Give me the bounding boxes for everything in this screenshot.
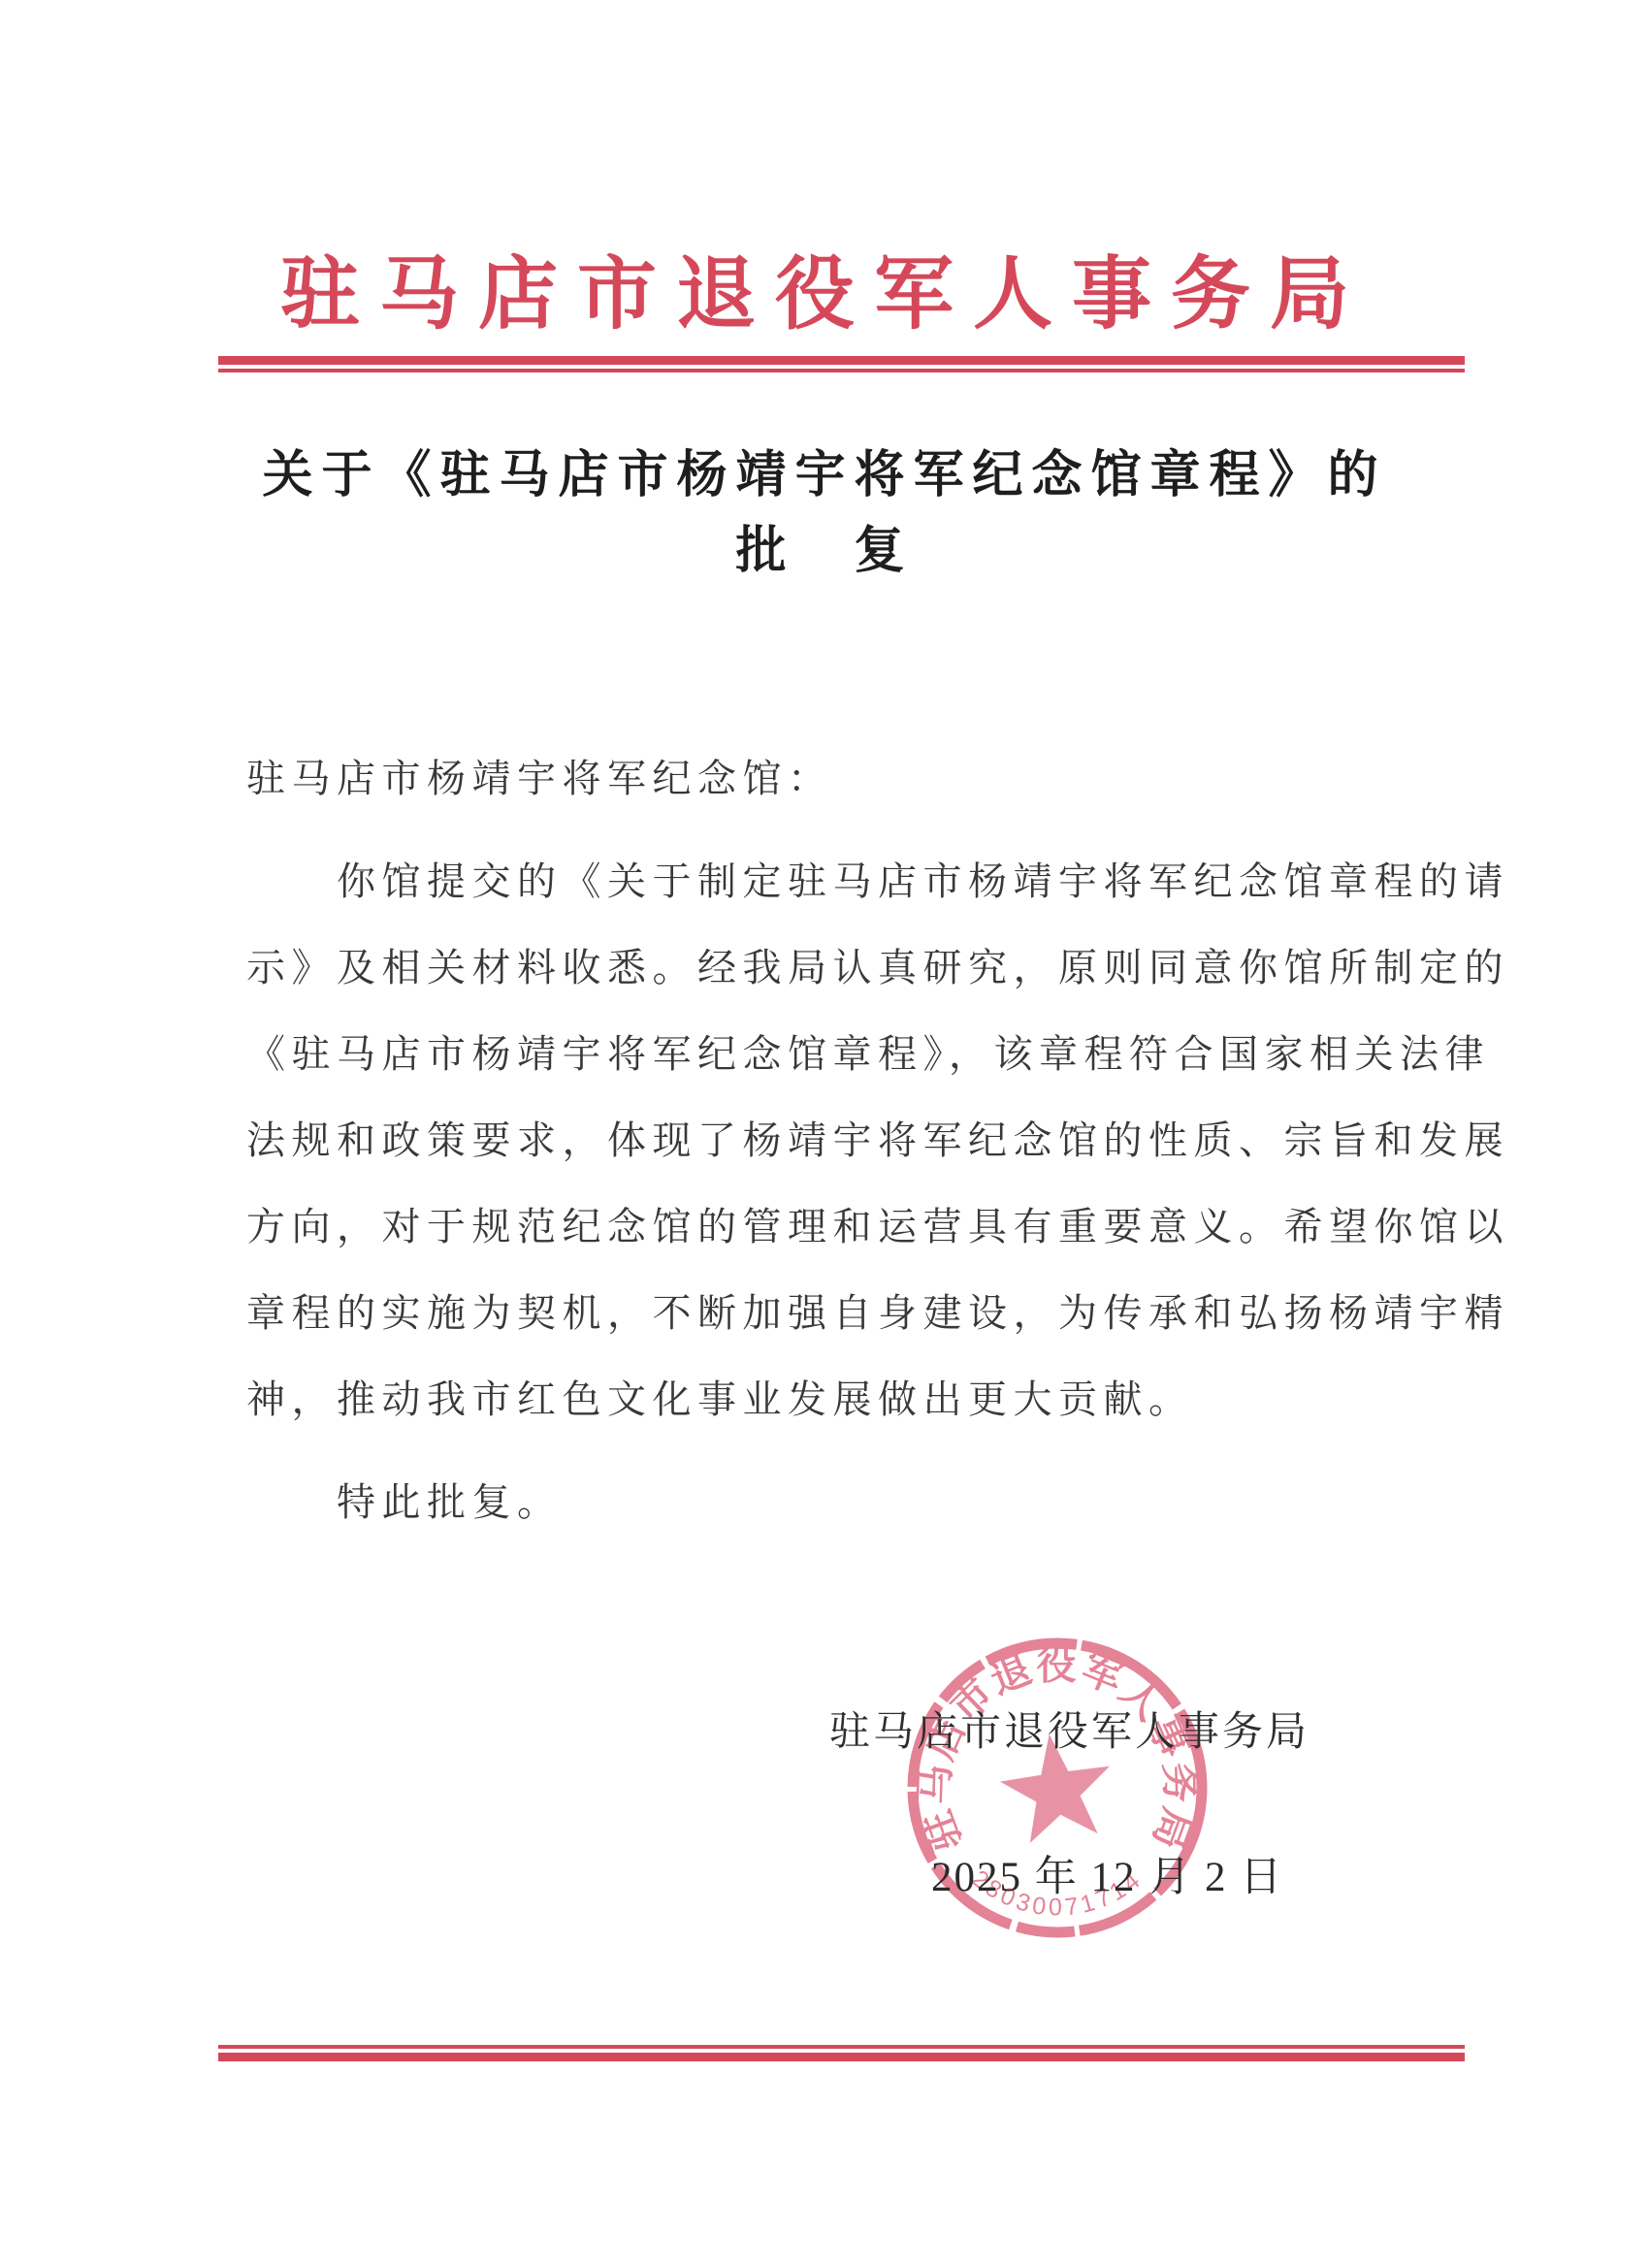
- signature-date: 2025 年 12 月 2 日: [931, 1844, 1283, 1903]
- divider-thick-line: [218, 356, 1465, 365]
- body-line: 你馆提交的《关于制定驻马店市杨靖宇将军纪念馆章程的请: [246, 838, 1449, 924]
- document-title-line1: 关于《驻马店市杨靖宇将军纪念馆章程》的: [0, 445, 1649, 507]
- letterhead-divider: [218, 356, 1465, 373]
- document-title: 关于《驻马店市杨靖宇将军纪念馆章程》的 批 复: [0, 445, 1649, 583]
- body-line: 方向，对于规范纪念馆的管理和运营具有重要意义。希望你馆以: [246, 1183, 1449, 1270]
- body-line: 示》及相关材料收悉。经我局认真研究，原则同意你馆所制定的: [246, 924, 1449, 1011]
- letterhead-agency-name: 驻马店市退役军人事务局: [0, 231, 1649, 344]
- body-line: 章程的实施为契机，不断加强自身建设，为传承和弘扬杨靖宇精: [246, 1270, 1449, 1356]
- official-document-page: 驻马店市退役军人事务局 关于《驻马店市杨靖宇将军纪念馆章程》的 批 复 驻马店市…: [0, 0, 1649, 2268]
- body-line: 法规和政策要求，体现了杨靖宇将军纪念馆的性质、宗旨和发展: [246, 1097, 1449, 1183]
- footer-divider: [218, 2045, 1465, 2061]
- body-line: 《驻马店市杨靖宇将军纪念馆章程》，该章程符合国家相关法律: [246, 1011, 1449, 1097]
- divider-thin-line: [218, 369, 1465, 373]
- body-line: 特此批复。: [246, 1459, 1449, 1545]
- document-body: 驻马店市杨靖宇将军纪念馆：你馆提交的《关于制定驻马店市杨靖宇将军纪念馆章程的请示…: [246, 735, 1449, 1545]
- divider-thick-line: [218, 2053, 1465, 2061]
- body-line: 驻马店市杨靖宇将军纪念馆：: [246, 735, 1449, 822]
- body-line: 神，推动我市红色文化事业发展做出更大贡献。: [246, 1356, 1449, 1442]
- document-title-line2: 批 复: [0, 521, 1649, 583]
- signature-agency: 驻马店市退役军人事务局: [829, 1700, 1309, 1758]
